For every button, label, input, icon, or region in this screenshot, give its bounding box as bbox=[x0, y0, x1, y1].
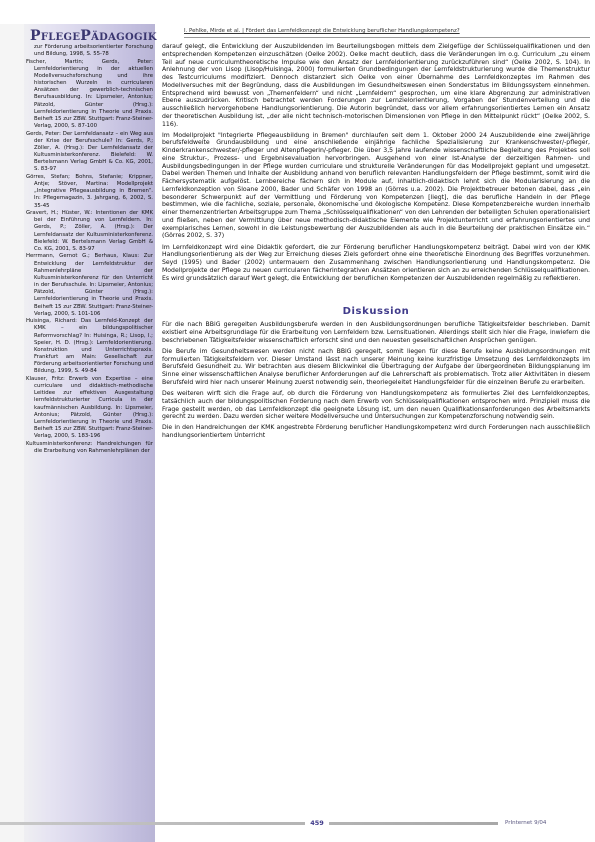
reference-list: zur Förderung arbeitsorientierter Forsch… bbox=[26, 44, 153, 455]
reference-item: zur Förderung arbeitsorientierter Forsch… bbox=[26, 44, 153, 58]
body-paragraph: darauf gelegt, die Entwicklung der Auszu… bbox=[162, 43, 590, 128]
reference-item: Herrmann, Gernot G.; Berhaus, Klaus: Zur… bbox=[26, 253, 153, 317]
article-body: darauf gelegt, die Entwicklung der Auszu… bbox=[162, 43, 590, 440]
body-paragraph: Die in den Handreichungen der KMK angest… bbox=[162, 424, 590, 440]
reference-item: Klauser, Fritz: Erwerb von Expertise – e… bbox=[26, 376, 153, 440]
journal-issue: PrInternet 9/04 bbox=[505, 818, 546, 828]
body-paragraph: Die Berufe im Gesundheitswesen werden ni… bbox=[162, 348, 590, 387]
header-divider bbox=[184, 37, 590, 38]
page-number: 459 bbox=[305, 818, 329, 828]
running-head: I. Pehlke, Mirde et al. | Fördert das Le… bbox=[184, 28, 584, 34]
body-paragraph: Des weiteren wirft sich die Frage auf, o… bbox=[162, 390, 590, 421]
body-paragraph: Im Lernfeldkonzept wird eine Didaktik ge… bbox=[162, 244, 590, 283]
reference-item: Fischer, Martin; Gerds, Peter: Lernfeldo… bbox=[26, 59, 153, 131]
body-paragraph: Im Modellprojekt "Integrierte Pflegeausb… bbox=[162, 132, 590, 241]
sidebar-margin bbox=[0, 24, 24, 842]
footer-divider bbox=[0, 822, 498, 825]
reference-item: Görres, Stefan; Bohns, Stefanie; Krippne… bbox=[26, 174, 153, 210]
reference-item: Gravert, H.; Hüster, W.: Intentionen der… bbox=[26, 210, 153, 253]
reference-item: Kultusministerkonferenz: Handreichungen … bbox=[26, 441, 153, 455]
section-heading: Diskussion bbox=[162, 306, 590, 318]
body-paragraph: Für die nach BBiG geregelten Ausbildungs… bbox=[162, 321, 590, 344]
reference-item: Huisinga, Richard: Das Lernfeld-Konzept … bbox=[26, 318, 153, 375]
journal-logo: PflegePädagogik bbox=[30, 28, 157, 44]
reference-item: Gerds, Peter: Der Lernfeldansatz – ein W… bbox=[26, 131, 153, 174]
